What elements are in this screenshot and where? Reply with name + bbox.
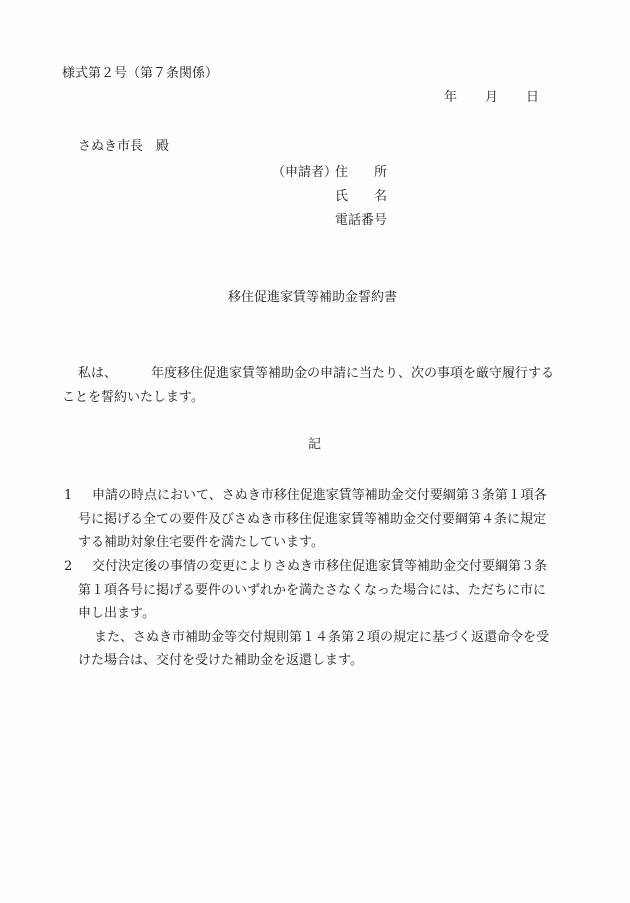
phone-label: 電話番号: [335, 214, 387, 227]
form-number: 様式第２号（第７条関係）: [62, 67, 218, 80]
date-month-label: 月: [485, 91, 498, 104]
addressee: さぬき市長 殿: [78, 140, 169, 153]
item-line: 交付決定後の事情の変更によりさぬき市移住促進家賃等補助金交付要綱第３条: [62, 555, 574, 579]
item-line: 申し出ます。: [62, 602, 574, 626]
pledge-prefix: 私は、: [78, 366, 117, 381]
name-label: 氏 名: [335, 190, 387, 203]
document-title: 移住促進家賃等補助金誓約書: [228, 291, 397, 304]
item-sub-line: けた場合は、交付を受けた補助金を返還します。: [62, 649, 574, 673]
item-line: する補助対象住宅要件を満たしています。: [62, 531, 574, 555]
applicant-label: （申請者）: [272, 166, 337, 179]
item-sub-line: また、さぬき市補助金等交付規則第１４条第２項の規定に基づく返還命令を受: [62, 626, 574, 650]
item-line: 第１項各号に掲げる要件のいずれかを満たさなくなった場合には、ただちに市に: [62, 579, 574, 603]
date-year-label: 年: [444, 91, 457, 104]
item-line: 申請の時点において、さぬき市移住促進家賃等補助金交付要綱第３条第１項各: [62, 484, 574, 508]
date-line: 年月日: [444, 91, 539, 104]
item-number: 1: [64, 484, 72, 508]
pledge-line2: ことを誓約いたします。: [62, 390, 204, 405]
pledge-paragraph: 私は、年度移住促進家賃等補助金の申請に当たり、次の事項を厳守履行する ことを誓約…: [62, 362, 572, 410]
pledge-item-2: 2 交付決定後の事情の変更によりさぬき市移住促進家賃等補助金交付要綱第３条 第１…: [62, 555, 574, 673]
address-label: 住 所: [335, 166, 387, 179]
item-number: 2: [64, 555, 72, 579]
ki-heading: 記: [308, 438, 321, 451]
pledge-item-1: 1 申請の時点において、さぬき市移住促進家賃等補助金交付要綱第３条第１項各 号に…: [62, 484, 574, 555]
pledge-line1: 年度移住促進家賃等補助金の申請に当たり、次の事項を厳守履行する: [151, 366, 554, 381]
date-day-label: 日: [526, 91, 539, 104]
item-line: 号に掲げる全ての要件及びさぬき市移住促進家賃等補助金交付要綱第４条に規定: [62, 508, 574, 532]
